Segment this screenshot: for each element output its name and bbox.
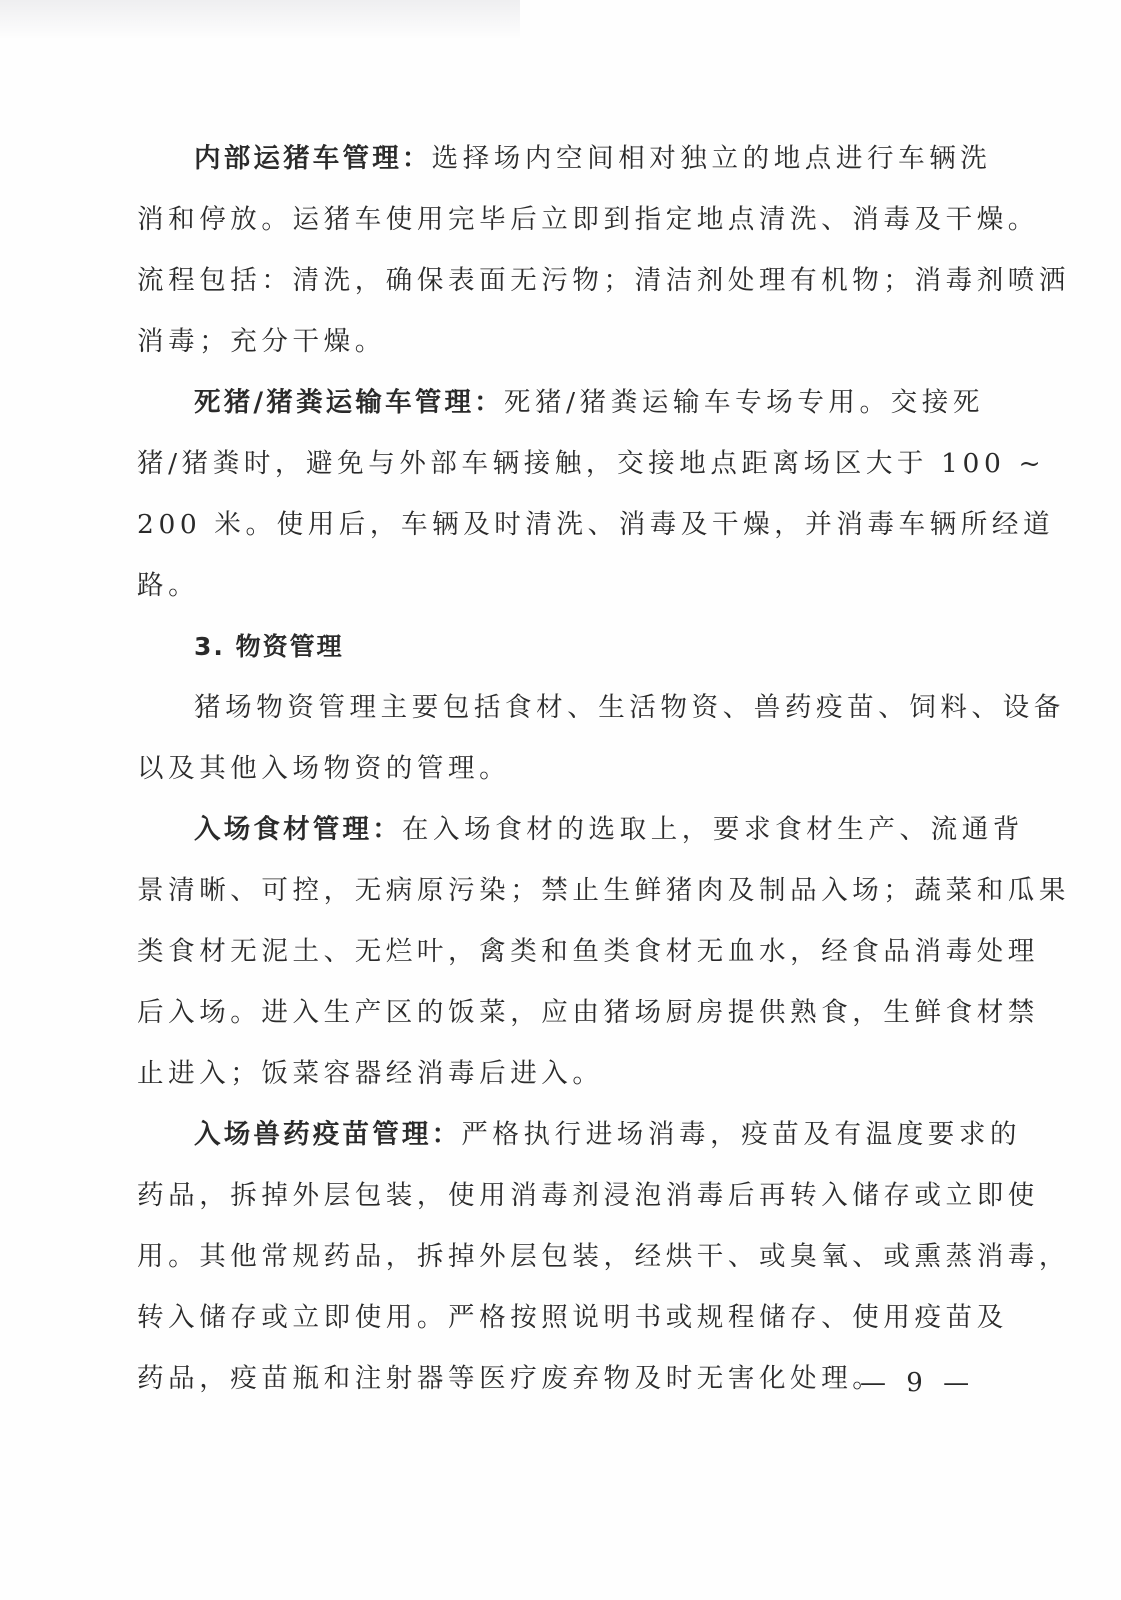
paragraph-line: 药品，拆掉外层包装，使用消毒剂浸泡消毒后再转入储存或立即使 <box>137 1173 967 1234</box>
paragraph-line: 猪场物资管理主要包括食材、生活物资、兽药疫苗、饲料、设备 <box>137 685 967 746</box>
scan-artifact <box>0 0 520 40</box>
paragraph-line: 以及其他入场物资的管理。 <box>137 746 967 807</box>
paragraph-line: 入场兽药疫苗管理：严格执行进场消毒，疫苗及有温度要求的 <box>137 1112 967 1173</box>
document-page: 内部运猪车管理：选择场内空间相对独立的地点进行车辆洗 消和停放。运猪车使用完毕后… <box>0 0 1121 1600</box>
paragraph-line: 入场食材管理：在入场食材的选取上，要求食材生产、流通背 <box>137 807 967 868</box>
paragraph-line: 止进入；饭菜容器经消毒后进入。 <box>137 1051 967 1112</box>
paragraph-title: 死猪/猪粪运输车管理： <box>194 387 504 418</box>
paragraph-line: 转入储存或立即使用。严格按照说明书或规程储存、使用疫苗及 <box>137 1295 967 1356</box>
paragraph-line: 用。其他常规药品，拆掉外层包装，经烘干、或臭氧、或熏蒸消毒， <box>137 1234 967 1295</box>
paragraph-line: 消和停放。运猪车使用完毕后立即到指定地点清洗、消毒及干燥。 <box>137 197 967 258</box>
paragraph-line: 200 米。使用后，车辆及时清洗、消毒及干燥，并消毒车辆所经道 <box>137 502 967 563</box>
paragraph-title: 内部运猪车管理： <box>194 143 432 174</box>
paragraph-line: 猪/猪粪时，避免与外部车辆接触，交接地点距离场区大于 100 ~ <box>137 441 967 502</box>
paragraph-line: 死猪/猪粪运输车管理：死猪/猪粪运输车专场专用。交接死 <box>137 380 967 441</box>
paragraph-line: 药品，疫苗瓶和注射器等医疗废弃物及时无害化处理。 <box>137 1356 967 1417</box>
paragraph-text: 死猪/猪粪运输车专场专用。交接死 <box>504 387 984 418</box>
paragraph-text: 严格执行进场消毒，疫苗及有温度要求的 <box>461 1119 1021 1150</box>
document-body: 内部运猪车管理：选择场内空间相对独立的地点进行车辆洗 消和停放。运猪车使用完毕后… <box>137 136 967 1417</box>
paragraph-line: 消毒；充分干燥。 <box>137 319 967 380</box>
paragraph-line: 路。 <box>137 563 967 624</box>
paragraph-text: 选择场内空间相对独立的地点进行车辆洗 <box>432 143 992 174</box>
subsection-title: 入场食材管理： <box>194 814 402 845</box>
section-heading: 3. 物资管理 <box>137 624 967 685</box>
paragraph-line: 流程包括：清洗，确保表面无污物；清洁剂处理有机物；消毒剂喷洒 <box>137 258 967 319</box>
paragraph-line: 景清晰、可控，无病原污染；禁止生鲜猪肉及制品入场；蔬菜和瓜果 <box>137 868 967 929</box>
paragraph-line: 后入场。进入生产区的饭菜，应由猪场厨房提供熟食，生鲜食材禁 <box>137 990 967 1051</box>
paragraph-line: 类食材无泥土、无烂叶，禽类和鱼类食材无血水，经食品消毒处理 <box>137 929 967 990</box>
paragraph-text: 在入场食材的选取上，要求食材生产、流通背 <box>402 814 1024 845</box>
page-number: — 9 — <box>860 1368 975 1398</box>
subsection-title: 入场兽药疫苗管理： <box>194 1119 461 1150</box>
paragraph-line: 内部运猪车管理：选择场内空间相对独立的地点进行车辆洗 <box>137 136 967 197</box>
